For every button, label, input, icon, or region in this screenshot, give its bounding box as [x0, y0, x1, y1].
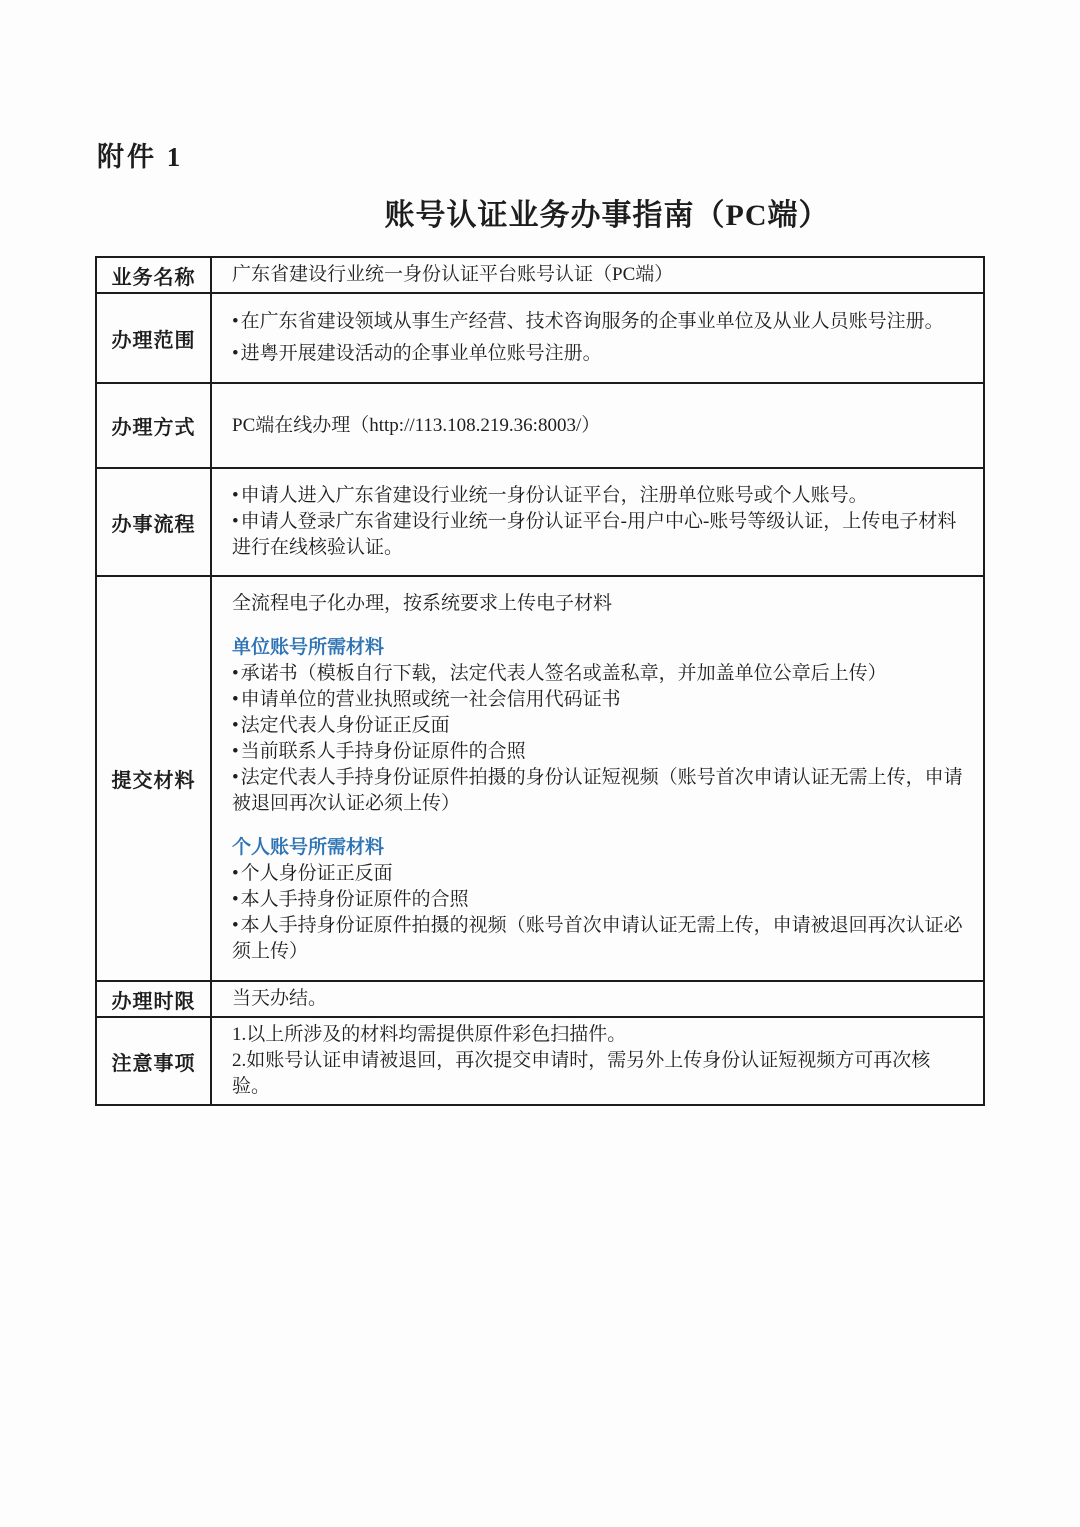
- process-bullet-item: •申请人登录广东省建设行业统一身份认证平台-用户中心-账号等级认证，上传电子材料…: [232, 509, 967, 561]
- row-label-materials: 提交材料: [97, 577, 212, 980]
- bullet-icon: •: [232, 915, 239, 936]
- row-value-process: •申请人进入广东省建设行业统一身份认证平台，注册单位账号或个人账号。 •申请人登…: [212, 469, 983, 575]
- table-row-materials: 提交材料 全流程电子化办理，按系统要求上传电子材料 单位账号所需材料 •承诺书（…: [97, 575, 983, 980]
- table-row-scope: 办理范围 •在广东省建设领域从事生产经营、技术咨询服务的企事业单位及从业人员账号…: [97, 292, 983, 382]
- bullet-icon: •: [232, 343, 239, 364]
- row-value-business-name: 广东省建设行业统一身份认证平台账号认证（PC端）: [212, 258, 983, 292]
- note-item: 2.如账号认证申请被退回，再次提交申请时，需另外上传身份认证短视频方可再次核验。: [232, 1048, 967, 1100]
- scope-bullet-item: •在广东省建设领域从事生产经营、技术咨询服务的企事业单位及从业人员账号注册。: [232, 309, 967, 335]
- row-label-business-name: 业务名称: [97, 258, 212, 292]
- table-row-method: 办理方式 PC端在线办理（http://113.108.219.36:8003/…: [97, 382, 983, 467]
- row-value-method: PC端在线办理（http://113.108.219.36:8003/）: [212, 384, 983, 467]
- materials-bullet-text: 法定代表人身份证正反面: [241, 715, 450, 736]
- materials-bullet-text: 当前联系人手持身份证原件的合照: [241, 741, 526, 762]
- row-value-materials: 全流程电子化办理，按系统要求上传电子材料 单位账号所需材料 •承诺书（模板自行下…: [212, 577, 983, 980]
- materials-bullet-item: •本人手持身份证原件拍摄的视频（账号首次申请认证无需上传，申请被退回再次认证必须…: [232, 913, 967, 965]
- process-bullet-text: 申请人登录广东省建设行业统一身份认证平台-用户中心-账号等级认证，上传电子材料进…: [232, 511, 956, 558]
- bullet-icon: •: [232, 689, 239, 710]
- bullet-icon: •: [232, 889, 239, 910]
- materials-bullet-text: 承诺书（模板自行下载，法定代表人签名或盖私章，并加盖单位公章后上传）: [241, 663, 887, 684]
- row-label-time-limit: 办理时限: [97, 982, 212, 1016]
- bullet-icon: •: [232, 741, 239, 762]
- method-text: PC端在线办理（http://113.108.219.36:8003/）: [232, 413, 967, 439]
- materials-bullet-item: •承诺书（模板自行下载，法定代表人签名或盖私章，并加盖单位公章后上传）: [232, 661, 967, 687]
- materials-section-heading-unit: 单位账号所需材料: [232, 635, 967, 661]
- materials-bullet-text: 本人手持身份证原件的合照: [241, 889, 469, 910]
- materials-bullet-item: •法定代表人手持身份证原件拍摄的身份认证短视频（账号首次申请认证无需上传，申请被…: [232, 765, 967, 817]
- table-row-time-limit: 办理时限 当天办结。: [97, 980, 983, 1016]
- table-row-notes: 注意事项 1.以上所涉及的材料均需提供原件彩色扫描件。 2.如账号认证申请被退回…: [97, 1016, 983, 1104]
- scope-bullet-text: 进粤开展建设活动的企事业单位账号注册。: [241, 343, 602, 364]
- page-title: 账号认证业务办事指南（PC端）: [0, 190, 1080, 234]
- row-label-notes: 注意事项: [97, 1018, 212, 1104]
- table-row-process: 办事流程 •申请人进入广东省建设行业统一身份认证平台，注册单位账号或个人账号。 …: [97, 467, 983, 575]
- row-label-scope: 办理范围: [97, 294, 212, 382]
- materials-bullet-item: •法定代表人身份证正反面: [232, 713, 967, 739]
- bullet-icon: •: [232, 767, 239, 788]
- materials-bullet-text: 法定代表人手持身份证原件拍摄的身份认证短视频（账号首次申请认证无需上传，申请被退…: [232, 767, 963, 814]
- bullet-icon: •: [232, 511, 239, 532]
- materials-bullet-item: •个人身份证正反面: [232, 861, 967, 887]
- document-page: 附件 1 账号认证业务办事指南（PC端） 业务名称 广东省建设行业统一身份认证平…: [0, 0, 1080, 1527]
- business-name-text: 广东省建设行业统一身份认证平台账号认证（PC端）: [232, 262, 967, 288]
- materials-bullet-text: 个人身份证正反面: [241, 863, 393, 884]
- materials-section-heading-personal: 个人账号所需材料: [232, 835, 967, 861]
- time-limit-text: 当天办结。: [232, 986, 967, 1012]
- bullet-icon: •: [232, 311, 239, 332]
- bullet-icon: •: [232, 663, 239, 684]
- materials-bullet-text: 本人手持身份证原件拍摄的视频（账号首次申请认证无需上传，申请被退回再次认证必须上…: [232, 915, 963, 962]
- materials-bullet-item: •本人手持身份证原件的合照: [232, 887, 967, 913]
- row-value-notes: 1.以上所涉及的材料均需提供原件彩色扫描件。 2.如账号认证申请被退回，再次提交…: [212, 1018, 983, 1104]
- process-bullet-text: 申请人进入广东省建设行业统一身份认证平台，注册单位账号或个人账号。: [241, 485, 868, 506]
- materials-intro: 全流程电子化办理，按系统要求上传电子材料: [232, 591, 967, 617]
- materials-bullet-item: •申请单位的营业执照或统一社会信用代码证书: [232, 687, 967, 713]
- materials-bullet-text: 申请单位的营业执照或统一社会信用代码证书: [241, 689, 621, 710]
- row-value-time-limit: 当天办结。: [212, 982, 983, 1016]
- guide-table: 业务名称 广东省建设行业统一身份认证平台账号认证（PC端） 办理范围 •在广东省…: [95, 256, 985, 1106]
- scope-bullet-item: •进粤开展建设活动的企事业单位账号注册。: [232, 341, 967, 367]
- note-item: 1.以上所涉及的材料均需提供原件彩色扫描件。: [232, 1022, 967, 1048]
- attachment-label: 附件 1: [0, 0, 1080, 174]
- row-label-method: 办理方式: [97, 384, 212, 467]
- row-value-scope: •在广东省建设领域从事生产经营、技术咨询服务的企事业单位及从业人员账号注册。 •…: [212, 294, 983, 382]
- materials-bullet-item: •当前联系人手持身份证原件的合照: [232, 739, 967, 765]
- table-row-business-name: 业务名称 广东省建设行业统一身份认证平台账号认证（PC端）: [97, 258, 983, 292]
- process-bullet-item: •申请人进入广东省建设行业统一身份认证平台，注册单位账号或个人账号。: [232, 483, 967, 509]
- row-label-process: 办事流程: [97, 469, 212, 575]
- scope-bullet-text: 在广东省建设领域从事生产经营、技术咨询服务的企事业单位及从业人员账号注册。: [241, 311, 944, 332]
- bullet-icon: •: [232, 715, 239, 736]
- bullet-icon: •: [232, 863, 239, 884]
- bullet-icon: •: [232, 485, 239, 506]
